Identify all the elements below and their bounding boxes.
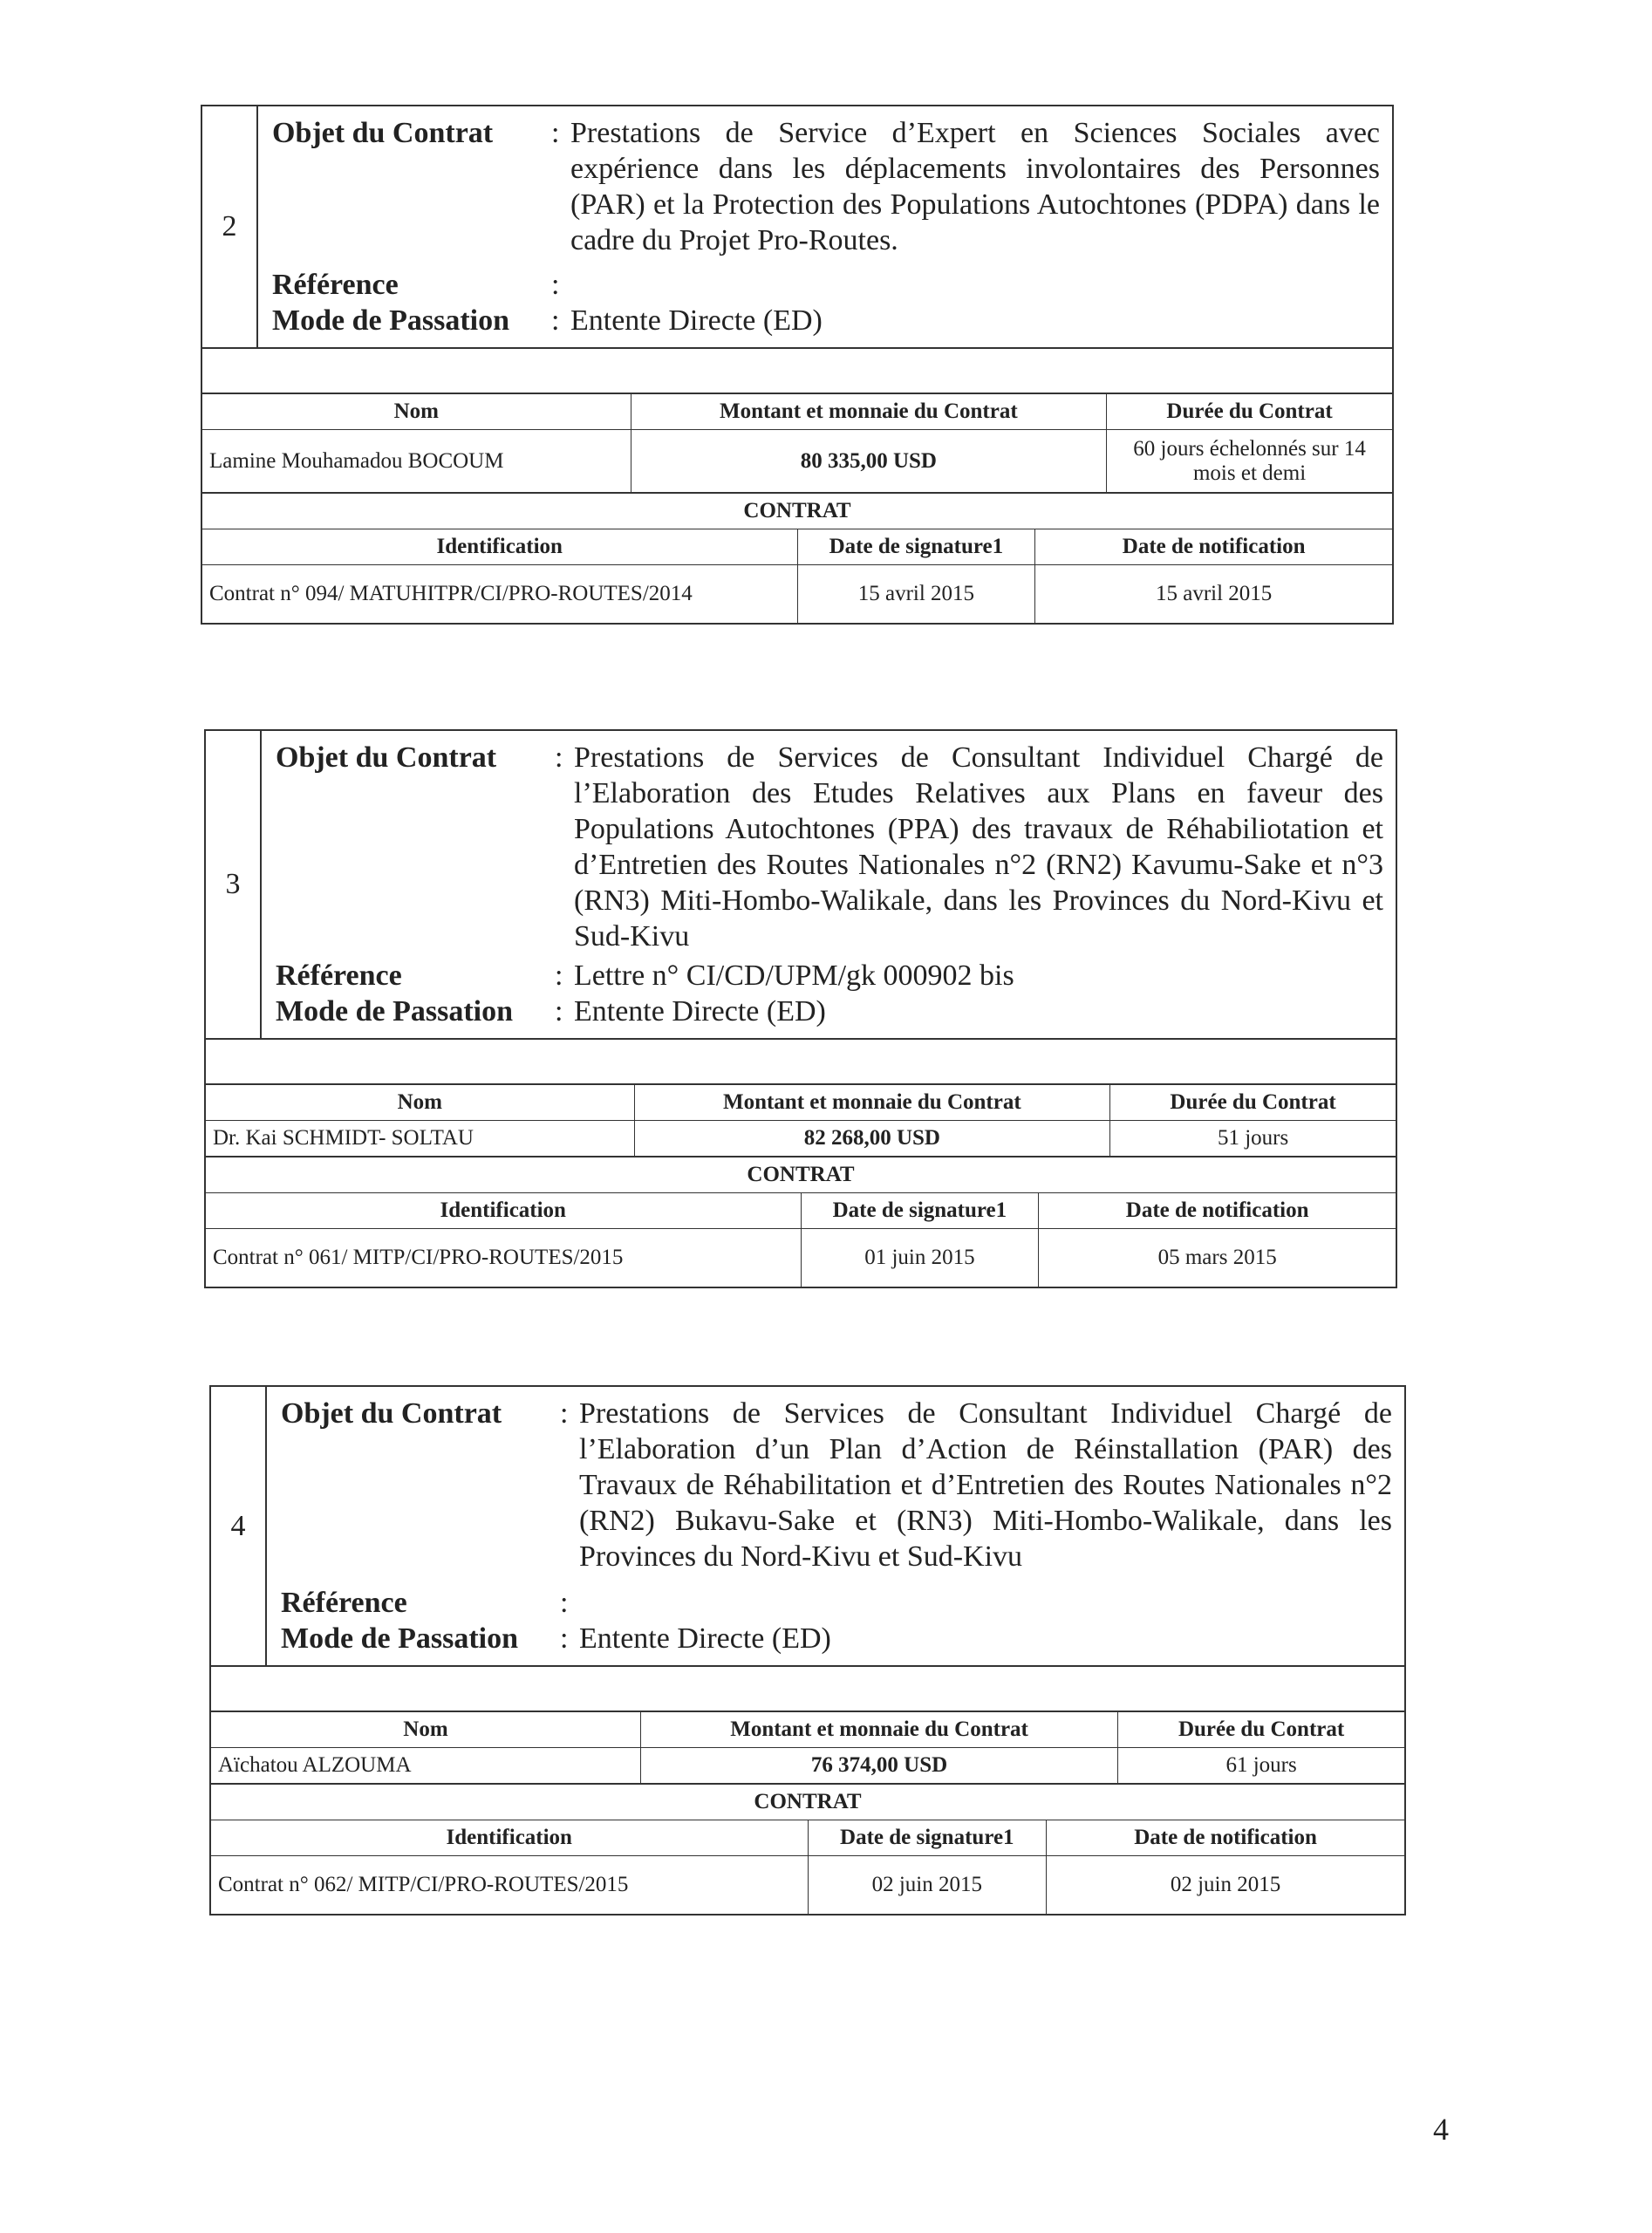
date-notification-value: 05 mars 2015 [1039, 1229, 1396, 1287]
mode-value: Entente Directe (ED) [570, 303, 1380, 338]
duree-value: 51 jours [1110, 1121, 1396, 1157]
nom-header: Nom [211, 1712, 640, 1748]
colon: : [560, 1585, 579, 1621]
date-signature-header: Date de signature1 [797, 529, 1035, 565]
contract-id-table: CONTRAT IdentificationDate de signature1… [202, 493, 1392, 623]
identification-header: Identification [206, 1193, 801, 1229]
objet-label: Objet du Contrat [281, 1396, 560, 1574]
duree-header: Durée du Contrat [1107, 394, 1392, 430]
colon: : [551, 115, 570, 258]
objet-value: Prestations de Services de Consultant In… [574, 740, 1383, 954]
identification-value: Contrat n° 061/ MITP/CI/PRO-ROUTES/2015 [206, 1229, 801, 1287]
nom-value: Lamine Mouhamadou BOCOUM [202, 430, 631, 493]
date-notification-header: Date de notification [1039, 1193, 1396, 1229]
mode-label: Mode de Passation [272, 303, 551, 338]
duree-value: 60 jours échelonnés sur 14 mois et demi [1107, 430, 1392, 493]
mode-value: Entente Directe (ED) [574, 994, 1383, 1029]
contrat-header: CONTRAT [206, 1157, 1396, 1193]
identification-header: Identification [211, 1820, 808, 1856]
montant-value: 76 374,00 USD [640, 1748, 1117, 1784]
montant-header: Montant et monnaie du Contrat [634, 1085, 1110, 1121]
date-signature-value: 02 juin 2015 [808, 1856, 1047, 1914]
montant-header: Montant et monnaie du Contrat [640, 1712, 1117, 1748]
montant-value: 80 335,00 USD [631, 430, 1107, 493]
contract-id-table: CONTRAT IdentificationDate de signature1… [206, 1157, 1396, 1287]
date-signature-value: 01 juin 2015 [801, 1229, 1039, 1287]
mode-value: Entente Directe (ED) [579, 1621, 1392, 1656]
contract-number: 4 [211, 1387, 267, 1665]
duree-header: Durée du Contrat [1118, 1712, 1404, 1748]
reference-label: Référence [272, 267, 551, 303]
date-notification-value: 15 avril 2015 [1035, 565, 1392, 623]
colon: : [555, 994, 574, 1029]
page-number: 4 [1433, 2111, 1449, 2148]
contract-block-3: 3 Objet du Contrat:Prestations de Servic… [204, 729, 1397, 1288]
colon: : [560, 1621, 579, 1656]
contrat-header: CONTRAT [211, 1785, 1404, 1820]
contract-block-2: 2 Objet du Contrat:Prestations de Servic… [201, 105, 1394, 625]
contract-details-table: NomMontant et monnaie du ContratDurée du… [202, 394, 1392, 493]
reference-label: Référence [276, 958, 555, 994]
contract-details-table: NomMontant et monnaie du ContratDurée du… [206, 1085, 1396, 1157]
date-signature-header: Date de signature1 [808, 1820, 1047, 1856]
objet-label: Objet du Contrat [276, 740, 555, 954]
date-notification-value: 02 juin 2015 [1047, 1856, 1404, 1914]
reference-value: Lettre n° CI/CD/UPM/gk 000902 bis [574, 958, 1383, 994]
contract-details-table: NomMontant et monnaie du ContratDurée du… [211, 1712, 1404, 1784]
objet-value: Prestations de Services de Consultant In… [579, 1396, 1392, 1574]
mode-label: Mode de Passation [276, 994, 555, 1029]
mode-label: Mode de Passation [281, 1621, 560, 1656]
date-notification-header: Date de notification [1035, 529, 1392, 565]
identification-value: Contrat n° 062/ MITP/CI/PRO-ROUTES/2015 [211, 1856, 808, 1914]
colon: : [555, 740, 574, 954]
nom-header: Nom [202, 394, 631, 430]
reference-label: Référence [281, 1585, 560, 1621]
nom-header: Nom [206, 1085, 634, 1121]
colon: : [555, 958, 574, 994]
montant-value: 82 268,00 USD [634, 1121, 1110, 1157]
nom-value: Aïchatou ALZOUMA [211, 1748, 640, 1784]
spacer-row [202, 349, 1392, 394]
objet-value: Prestations de Service d’Expert en Scien… [570, 115, 1380, 258]
date-signature-header: Date de signature1 [801, 1193, 1039, 1229]
identification-header: Identification [202, 529, 797, 565]
objet-label: Objet du Contrat [272, 115, 551, 258]
nom-value: Dr. Kai SCHMIDT- SOLTAU [206, 1121, 634, 1157]
reference-value [579, 1585, 1392, 1621]
contrat-header: CONTRAT [202, 494, 1392, 529]
contract-id-table: CONTRAT IdentificationDate de signature1… [211, 1784, 1404, 1914]
contract-block-4: 4 Objet du Contrat:Prestations de Servic… [209, 1385, 1406, 1915]
contract-number: 2 [202, 106, 258, 347]
colon: : [551, 303, 570, 338]
duree-value: 61 jours [1118, 1748, 1404, 1784]
contract-number: 3 [206, 731, 262, 1038]
identification-value: Contrat n° 094/ MATUHITPR/CI/PRO-ROUTES/… [202, 565, 797, 623]
spacer-row [211, 1667, 1404, 1712]
duree-header: Durée du Contrat [1110, 1085, 1396, 1121]
reference-value [570, 267, 1380, 303]
date-signature-value: 15 avril 2015 [797, 565, 1035, 623]
spacer-row [206, 1040, 1396, 1085]
colon: : [560, 1396, 579, 1574]
montant-header: Montant et monnaie du Contrat [631, 394, 1107, 430]
date-notification-header: Date de notification [1047, 1820, 1404, 1856]
colon: : [551, 267, 570, 303]
